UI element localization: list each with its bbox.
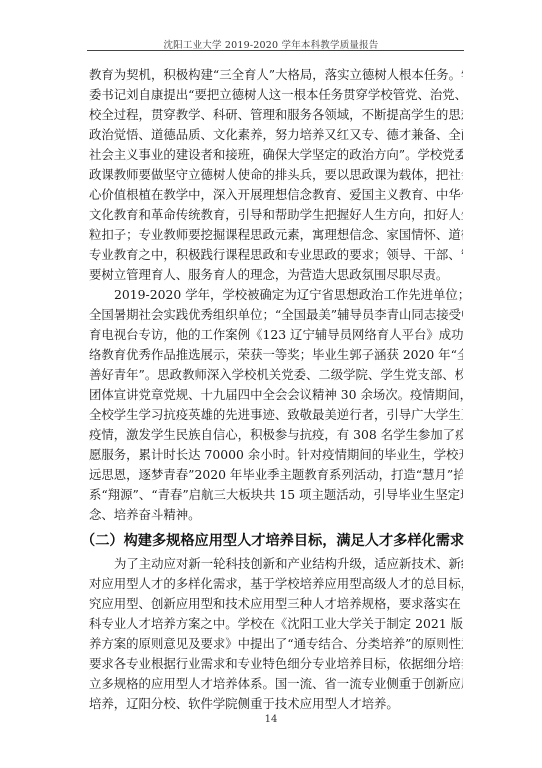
- text-line: 教育为契机，积极构建“三全育人”大格局，落实立德树人根本任务。学校党: [89, 65, 463, 85]
- text-line: 政课教师要做坚守立德树人使命的排头兵，要以思政课为载体，把社会主义核: [89, 165, 463, 185]
- page-number: 14: [0, 714, 542, 725]
- section-heading: （二）构建多规格应用型人才培养目标，满足人才多样化需求: [81, 528, 463, 554]
- text-line: 社会主义事业的建设者和接班，确保大学坚定的政治方向”。学校党委要求思: [89, 145, 463, 165]
- text-line: 疫情，激发学生民族自信心，积极参与抗疫，有 308 名学生参加了疫情防控志: [89, 425, 463, 445]
- text-line: 要树立管理育人、服务育人的理念，为营造大思政氛围尽职尽责。: [89, 265, 463, 285]
- text-line: 对应用型人才的多样化需求，基于学校培养应用型高级人才的总目标，提出研: [89, 574, 463, 594]
- text-line: 念、培养奋斗精神。: [89, 505, 463, 525]
- text-line: 粒扣子；专业教师要挖掘课程思政元素，寓理想信念、家国情怀、道德修养于: [89, 225, 463, 245]
- text-line: 究应用型、创新应用型和技术应用型三种人才培养规格，要求落实在 2021 版本: [89, 594, 463, 614]
- text-line: 团体宣讲党章党规、十九届四中全会会议精神 30 余场次。疫情期间，学校组织: [89, 385, 463, 405]
- text-line: 全校学生学习抗疫英雄的先进事迹、致敬最美逆行者，引导广大学生正确认识: [89, 405, 463, 425]
- text-line: 全国暑期社会实践优秀组织单位；“全国最美”辅导员李青山同志接受中央教: [89, 305, 463, 325]
- text-line: 育电视台专访，他的工作案例《123 辽宁辅导员网络育人平台》成功入选高校网: [89, 325, 463, 345]
- text-line: 络教育优秀作品推选展示，荣获一等奖；毕业生郭子涵获 2020 年“全国向上向: [89, 345, 463, 365]
- text-line: 专业教育之中，积极践行课程思政和专业思政的要求；领导、干部、管理人员: [89, 245, 463, 265]
- text-line: 2019-2020 学年，学校被确定为辽宁省思想政治工作先进单位；校团委荣获: [89, 285, 463, 305]
- paragraph-2: 2019-2020 学年，学校被确定为辽宁省思想政治工作先进单位；校团委荣获 全…: [89, 285, 463, 525]
- text-line: 远思恩，逐梦青春”2020 年毕业季主题教育系列活动，打造“慧月”拾光、情: [89, 465, 463, 485]
- text-line: 养方案的原则意见及要求》中提出了“通专结合、分类培养”的原则性意见，: [89, 634, 463, 654]
- text-line: 科专业人才培养方案之中。学校在《沈阳工业大学关于制定 2021 版本科专业培: [89, 614, 463, 634]
- text-line: 政治觉悟、道德品质、文化素养，努力培养又红又专、德才兼备、全面发展的: [89, 125, 463, 145]
- text-line: 为了主动应对新一轮科技创新和产业结构升级，适应新技术、新经济发展: [89, 554, 463, 574]
- text-line: 系“翔源”、“青春”启航三大板块共 15 项主题活动，引导毕业生坚定理想信: [89, 485, 463, 505]
- paragraph-1: 教育为契机，积极构建“三全育人”大格局，落实立德树人根本任务。学校党 委书记刘自…: [89, 65, 463, 285]
- text-line: 培养，辽阳分校、软件学院侧重于技术应用型人才培养。: [89, 694, 463, 714]
- header-title: 沈阳工业大学 2019-2020 学年本科教学质量报告: [0, 37, 542, 51]
- text-line: 校全过程，贯穿教学、科研、管理和服务各领域，不断提高学生的思想水平、: [89, 105, 463, 125]
- text-line: 心价值根植在教学中，深入开展理想信念教育、爱国主义教育、中华优秀传统: [89, 185, 463, 205]
- page-body: 教育为契机，积极构建“三全育人”大格局，落实立德树人根本任务。学校党 委书记刘自…: [89, 65, 463, 714]
- text-line: 立多规格的应用型人才培养体系。国一流、省一流专业侧重于创新应用型人才: [89, 674, 463, 694]
- text-line: 文化教育和革命传统教育，引导和帮助学生把握好人生方向，扣好人生的第一: [89, 205, 463, 225]
- paragraph-3: 为了主动应对新一轮科技创新和产业结构升级，适应新技术、新经济发展 对应用型人才的…: [89, 554, 463, 714]
- text-line: 委书记刘自康提出“要把立德树人这一根本任务贯穿学校管党、治党、办学治: [89, 85, 463, 105]
- text-line: 愿服务，累计时长达 70000 余小时。针对疫情期间的毕业生，学校开展了“行: [89, 445, 463, 465]
- text-line: 要求各专业根据行业需求和专业特色细分专业培养目标，依据细分培养目标建: [89, 654, 463, 674]
- header-divider: [87, 50, 464, 51]
- text-line: 善好青年”。思政教师深入学校机关党委、二级学院、学生党支部、校外社会: [89, 365, 463, 385]
